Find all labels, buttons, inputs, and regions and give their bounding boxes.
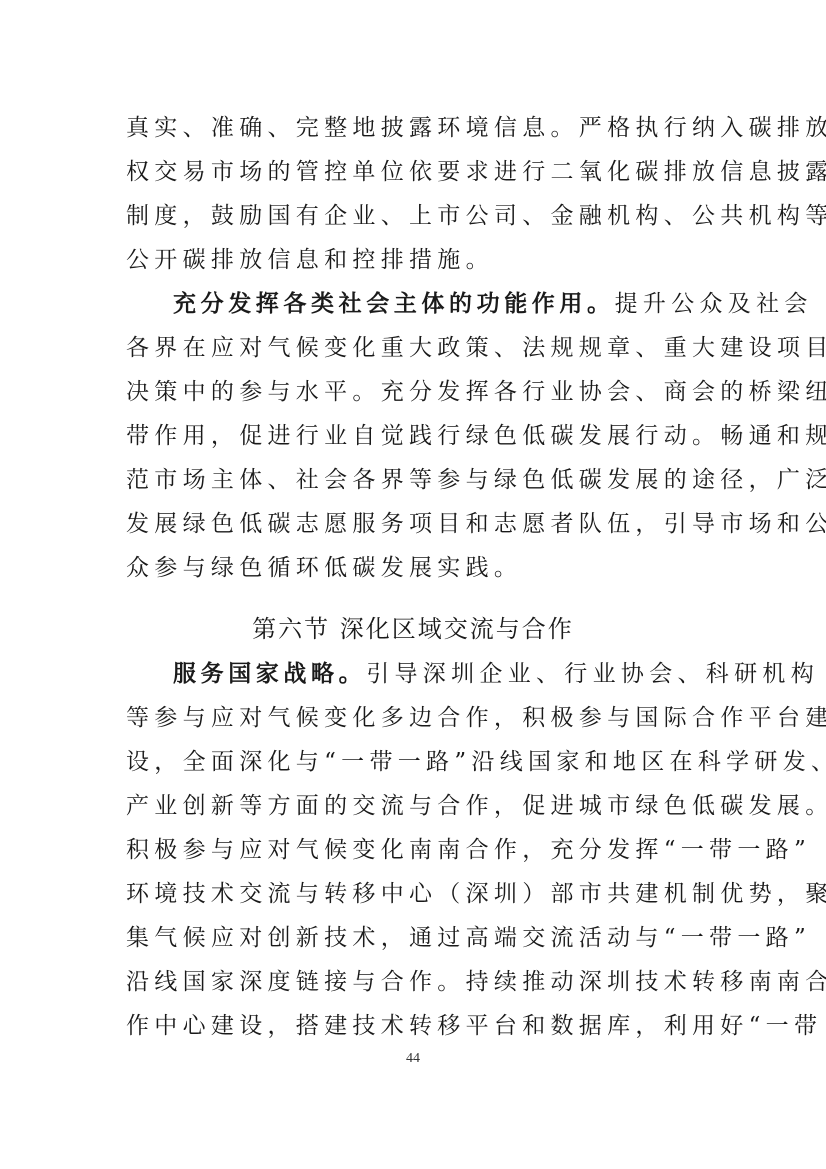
text-line-first: 服务国家战略。引导深圳企业、行业协会、科研机构 [173,659,713,703]
text-line-rest: 引导深圳企业、行业协会、科研机构 [366,661,819,687]
text-line: 制度，鼓励国有企业、上市公司、金融机构、公共机构等 [126,201,706,245]
text-line: 发展绿色低碳志愿服务项目和志愿者队伍，引导市场和公 [126,509,706,553]
paragraph-lead-bold: 服务国家战略。 [173,661,366,687]
text-line: 积极参与应对气候变化南南合作，充分发挥“一带一路” [126,835,706,879]
text-line: 决策中的参与水平。充分发挥各行业协会、商会的桥梁纽 [126,377,706,421]
text-line: 设，全面深化与“一带一路”沿线国家和地区在科学研发、 [126,747,706,791]
page-number: 44 [0,1050,826,1068]
text-line: 产业创新等方面的交流与合作，促进城市绿色低碳发展。 [126,791,706,835]
text-line: 带作用，促进行业自觉践行绿色低碳发展行动。畅通和规 [126,421,706,465]
text-line-first: 充分发挥各类社会主体的功能作用。提升公众及社会 [173,289,713,333]
text-line: 公开碳排放信息和控排措施。 [126,245,706,289]
text-line: 真实、准确、完整地披露环境信息。严格执行纳入碳排放 [126,113,706,157]
paragraph-lead-bold: 充分发挥各类社会主体的功能作用。 [173,291,615,317]
text-line: 众参与绿色循环低碳发展实践。 [126,553,706,597]
text-line: 作中心建设，搭建技术转移平台和数据库，利用好“一带 [126,1011,706,1055]
text-line: 等参与应对气候变化多边合作，积极参与国际合作平台建 [126,703,706,747]
text-line: 权交易市场的管控单位依要求进行二氧化碳排放信息披露 [126,157,706,201]
text-line: 各界在应对气候变化重大政策、法规规章、重大建设项目 [126,333,706,377]
text-line: 沿线国家深度链接与合作。持续推动深圳技术转移南南合 [126,967,706,1011]
section-heading: 第六节 深化区域交流与合作 [0,614,826,644]
text-line: 环境技术交流与转移中心（深圳）部市共建机制优势，聚 [126,879,706,923]
document-page: 真实、准确、完整地披露环境信息。严格执行纳入碳排放 权交易市场的管控单位依要求进… [0,0,826,1169]
text-line: 范市场主体、社会各界等参与绿色低碳发展的途径，广泛 [126,465,706,509]
text-line: 集气候应对创新技术，通过高端交流活动与“一带一路” [126,923,706,967]
text-line-rest: 提升公众及社会 [615,291,813,317]
